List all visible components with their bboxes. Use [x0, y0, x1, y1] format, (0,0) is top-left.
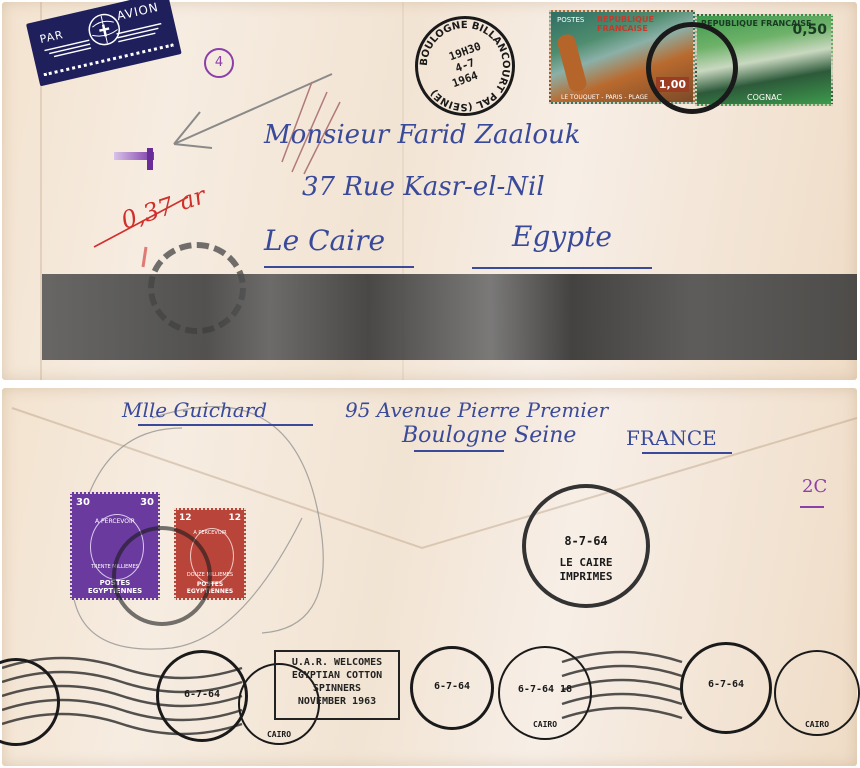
postmark-date: 6-7-64 — [413, 681, 491, 692]
postmark-date: 8-7-64 — [526, 534, 646, 548]
machine-postmark-cairo-airport: 6-7-64 — [410, 646, 494, 730]
postmark-on-due-stamps — [112, 526, 212, 626]
machine-postmark-cairo-airport: 6-7-64 — [156, 650, 248, 742]
envelope-front: PAR AVION 4 0,37 ar BOULOGNE BILLANCOURT… — [2, 2, 857, 380]
machine-postmark-cairo: CAIRO — [774, 650, 860, 736]
address-line-1: Monsieur Farid Zaalouk — [264, 120, 580, 150]
address-city: Le Caire — [264, 224, 385, 257]
ink-band — [42, 274, 857, 360]
stamp-value: 0,50 — [792, 22, 827, 38]
margin-note: 2C — [802, 476, 827, 497]
postmark-on-stamps — [646, 22, 738, 114]
sender-city: Boulogne Seine — [402, 423, 576, 448]
slogan-line-2: EGYPTIAN COTTON — [276, 669, 398, 682]
envelope-back: Mlle Guichard 95 Avenue Pierre Premier B… — [2, 388, 857, 766]
stamp-caption: LE TOUQUET - PARIS - PLAGE — [561, 94, 648, 101]
sender-underline — [414, 450, 504, 452]
stamp-postes: POSTES — [557, 16, 584, 24]
postmark-bottom: CAIRO — [240, 730, 318, 739]
stamp-value: 30 — [140, 497, 154, 508]
postmark-bottom: CAIRO — [776, 720, 858, 729]
airmail-label: PAR AVION — [26, 0, 182, 86]
stamp-label-top: A PERCEVOIR — [72, 518, 158, 525]
slogan-line-1: U.A.R. WELCOMES — [276, 656, 398, 669]
address-underline — [264, 266, 414, 268]
postmark-line-1: LE CAIRE — [526, 556, 646, 569]
golf-bag-icon — [556, 33, 588, 94]
slogan-cancel: U.A.R. WELCOMES EGYPTIAN COTTON SPINNERS… — [274, 650, 400, 720]
sender-name: Mlle Guichard — [122, 398, 267, 422]
sender-underline — [138, 424, 313, 426]
postmark-bottom: CAIRO — [500, 720, 590, 729]
sender-country: FRANCE — [626, 426, 717, 450]
sender-street: 95 Avenue Pierre Premier — [345, 398, 608, 422]
address-underline — [472, 267, 652, 269]
slogan-line-3: SPINNERS — [276, 682, 398, 695]
postmark-date: 6-7-64 — [683, 679, 769, 690]
stamp-value: 30 — [76, 497, 90, 508]
postmark-le-caire: 8-7-64 LE CAIRE IMPRIMES — [522, 484, 650, 608]
margin-note-underline — [800, 506, 824, 508]
airmail-label-right: AVION — [115, 0, 160, 23]
stamp-caption: COGNAC — [747, 93, 782, 102]
machine-postmark-cairo-airport: 6-7-64 — [680, 642, 772, 734]
sender-underline — [642, 452, 732, 454]
postmark-date: 6-7-64 18 — [500, 684, 590, 695]
postmark-line-2: IMPRIMES — [526, 570, 646, 583]
postmark-boulogne: BOULOGNE BILLANCOURT PAL (SEINE) 19H30 4… — [415, 16, 515, 116]
machine-postmark-cairo: 6-7-64 18 CAIRO — [498, 646, 592, 740]
slogan-line-4: NOVEMBER 1963 — [276, 695, 398, 708]
stamp-value: 12 — [179, 513, 192, 523]
stamp-value: 12 — [228, 513, 241, 523]
address-line-2: 37 Rue Kasr-el-Nil — [302, 172, 545, 202]
address-country: Egypte — [512, 220, 612, 253]
postmark-date: 6-7-64 — [159, 689, 245, 700]
